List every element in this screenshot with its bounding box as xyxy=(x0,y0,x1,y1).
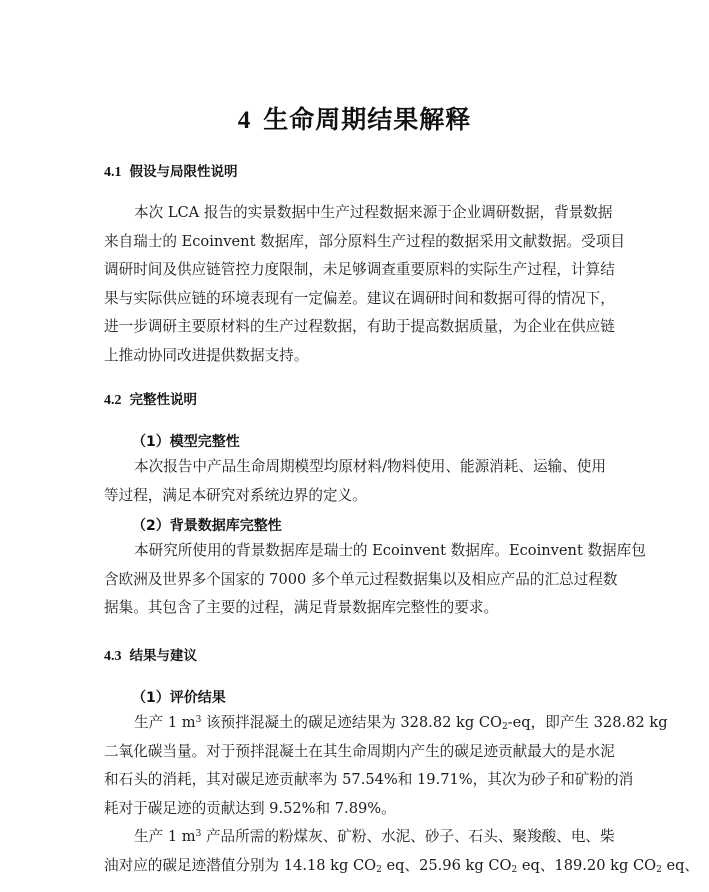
text-line: 生产 1 m3 该预拌混凝土的碳足迹结果为 328.82 kg CO2-eq，即… xyxy=(104,709,604,738)
text-line: 本次报告中产品生命周期模型均原材料/物料使用、能源消耗、运输、使用 xyxy=(104,453,604,482)
text-line: 二氧化碳当量。对于预拌混凝土在其生命周期内产生的碳足迹贡献最大的是水泥 xyxy=(104,738,604,767)
text-line: 据集。其包含了主要的过程，满足背景数据库完整性的要求。 xyxy=(104,594,604,623)
text-line: 油对应的碳足迹潜值分别为 14.18 kg CO2 eq、25.96 kg CO… xyxy=(104,852,604,881)
chapter-title-text: 生命周期结果解释 xyxy=(263,105,471,134)
section-title: 假设与局限性说明 xyxy=(130,164,238,180)
chapter-number: 4 xyxy=(238,107,252,134)
text-fragment: 产品所需的粉煤灰、矿粉、水泥、砂子、石头、聚羧酸、电、柴 xyxy=(201,828,614,845)
section-heading-4-3: 4.3结果与建议 xyxy=(104,644,197,665)
subsection-heading-database-completeness: （2）背景数据库完整性 xyxy=(132,515,282,535)
text-fragment: 生产 1 m xyxy=(134,714,196,731)
section-number: 4.2 xyxy=(104,393,122,408)
section-number: 4.1 xyxy=(104,165,122,180)
text-line: 本研究所使用的背景数据库是瑞士的 Ecoinvent 数据库。Ecoinvent… xyxy=(104,537,604,566)
paragraph-carbon-potentials: 生产 1 m3 产品所需的粉煤灰、矿粉、水泥、砂子、石头、聚羧酸、电、柴 油对应… xyxy=(104,823,604,880)
text-line: 和石头的消耗，其对碳足迹贡献率为 57.54%和 19.71%，其次为砂子和矿粉… xyxy=(104,766,604,795)
text-line: 生产 1 m3 产品所需的粉煤灰、矿粉、水泥、砂子、石头、聚羧酸、电、柴 xyxy=(104,823,604,852)
text-line: 来自瑞士的 Ecoinvent 数据库，部分原料生产过程的数据采用文献数据。受项… xyxy=(104,228,604,257)
subsection-heading-model-completeness: （1）模型完整性 xyxy=(132,431,240,451)
text-line: 果与实际供应链的环境表现有一定偏差。建议在调研时间和数据可得的情况下， xyxy=(104,285,604,314)
text-fragment: 生产 1 m xyxy=(134,828,196,845)
text-fragment: 该预拌混凝土的碳足迹结果为 328.82 kg CO xyxy=(201,714,502,731)
text-fragment: eq、189.20 kg CO xyxy=(517,857,656,874)
section-heading-4-1: 4.1假设与局限性说明 xyxy=(104,160,238,181)
chapter-title: 4生命周期结果解释 xyxy=(0,100,709,136)
text-line: 本次 LCA 报告的实景数据中生产过程数据来源于企业调研数据，背景数据 xyxy=(104,199,604,228)
paragraph-database-completeness: 本研究所使用的背景数据库是瑞士的 Ecoinvent 数据库。Ecoinvent… xyxy=(104,537,604,623)
text-fragment: eq、25.96 kg CO xyxy=(382,857,512,874)
text-line: 上推动协同改进提供数据支持。 xyxy=(104,342,604,371)
paragraph-model-completeness: 本次报告中产品生命周期模型均原材料/物料使用、能源消耗、运输、使用 等过程，满足… xyxy=(104,453,604,510)
text-fragment: 油对应的碳足迹潜值分别为 14.18 kg CO xyxy=(104,857,376,874)
section-title: 完整性说明 xyxy=(130,392,198,408)
paragraph-assumptions: 本次 LCA 报告的实景数据中生产过程数据来源于企业调研数据，背景数据 来自瑞士… xyxy=(104,199,604,371)
section-number: 4.3 xyxy=(104,649,122,664)
section-title: 结果与建议 xyxy=(130,648,198,664)
text-fragment: -eq，即产生 328.82 kg xyxy=(508,714,668,731)
document-page: 4生命周期结果解释 4.1假设与局限性说明 本次 LCA 报告的实景数据中生产过… xyxy=(0,0,709,892)
text-line: 等过程，满足本研究对系统边界的定义。 xyxy=(104,482,604,511)
text-line: 进一步调研主要原材料的生产过程数据，有助于提高数据质量，为企业在供应链 xyxy=(104,313,604,342)
paragraph-evaluation-results: 生产 1 m3 该预拌混凝土的碳足迹结果为 328.82 kg CO2-eq，即… xyxy=(104,709,604,823)
section-heading-4-2: 4.2完整性说明 xyxy=(104,388,197,409)
text-line: 含欧洲及世界多个国家的 7000 多个单元过程数据集以及相应产品的汇总过程数 xyxy=(104,566,604,595)
text-line: 耗对于碳足迹的贡献达到 9.52%和 7.89%。 xyxy=(104,795,604,824)
subsection-heading-evaluation-results: （1）评价结果 xyxy=(132,687,226,707)
text-line: 调研时间及供应链管控力度限制，未足够调查重要原料的实际生产过程，计算结 xyxy=(104,256,604,285)
text-fragment: eq、 xyxy=(662,857,699,874)
